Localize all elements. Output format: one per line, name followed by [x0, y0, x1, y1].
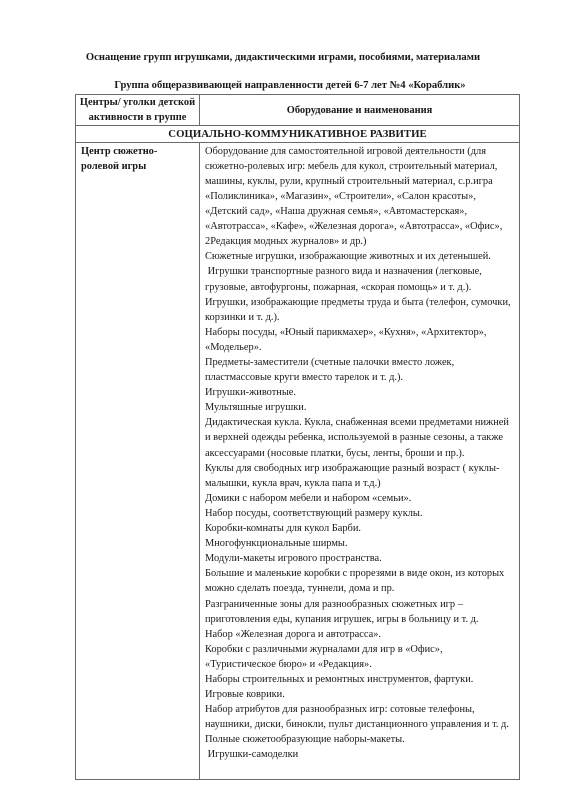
list-item: Куклы для свободных игр изображающие раз… [205, 461, 514, 491]
list-item: Игрушки-животные. [205, 385, 514, 400]
list-item: Мультяшные игрушки. [205, 400, 514, 415]
header-equipment: Оборудование и наименования [200, 95, 520, 126]
center-name: Центр сюжетно-ролевой игры [76, 142, 200, 779]
list-item: Большие и маленькие коробки с прорезями … [205, 566, 514, 596]
document-subtitle: Группа общеразвивающей направленности де… [0, 80, 566, 91]
table-row: Центр сюжетно-ролевой игры Оборудование … [76, 142, 520, 779]
list-item: Набор «Железная дорога и автотрасса». [205, 627, 514, 642]
list-item: Предметы-заместители (счетные палочки вм… [205, 355, 514, 385]
section-title: СОЦИАЛЬНО-КОММУНИКАТИВНОЕ РАЗВИТИЕ [76, 126, 520, 143]
list-item: Оборудование для самостоятельной игровой… [205, 144, 514, 250]
equipment-table: Центры/ уголки детской активности в груп… [75, 94, 520, 780]
list-item: Набор атрибутов для разнообразных игр: с… [205, 702, 514, 732]
list-item: Модули-макеты игрового пространства. [205, 551, 514, 566]
section-row: СОЦИАЛЬНО-КОММУНИКАТИВНОЕ РАЗВИТИЕ [76, 126, 520, 143]
list-item: Набор посуды, соответствующий размеру ку… [205, 506, 514, 521]
list-item: Наборы строительных и ремонтных инструме… [205, 672, 514, 687]
list-item: Игрушки транспортные разного вида и назн… [205, 264, 514, 294]
header-centers: Центры/ уголки детской активности в груп… [76, 95, 200, 126]
equipment-list: Оборудование для самостоятельной игровой… [200, 142, 520, 779]
list-item: Разграниченные зоны для разнообразных сю… [205, 597, 514, 627]
list-item: Многофункциональные ширмы. [205, 536, 514, 551]
list-item: Сюжетные игрушки, изображающие животных … [205, 249, 514, 264]
list-item: Полные сюжетообразующие наборы-макеты. [205, 732, 514, 747]
list-item: Игровые коврики. [205, 687, 514, 702]
list-item: Домики с набором мебели и набором «семьи… [205, 491, 514, 506]
list-item: Игрушки, изображающие предметы труда и б… [205, 295, 514, 325]
list-item: Игрушки-самоделки [205, 747, 514, 762]
list-item: Наборы посуды, «Юный парикмахер», «Кухня… [205, 325, 514, 355]
list-item: Дидактическая кукла. Кукла, снабженная в… [205, 415, 514, 460]
document-title: Оснащение групп игрушками, дидактическим… [0, 52, 566, 63]
list-item: Коробки с различными журналами для игр в… [205, 642, 514, 672]
table-header-row: Центры/ уголки детской активности в груп… [76, 95, 520, 126]
list-item: Коробки-комнаты для кукол Барби. [205, 521, 514, 536]
